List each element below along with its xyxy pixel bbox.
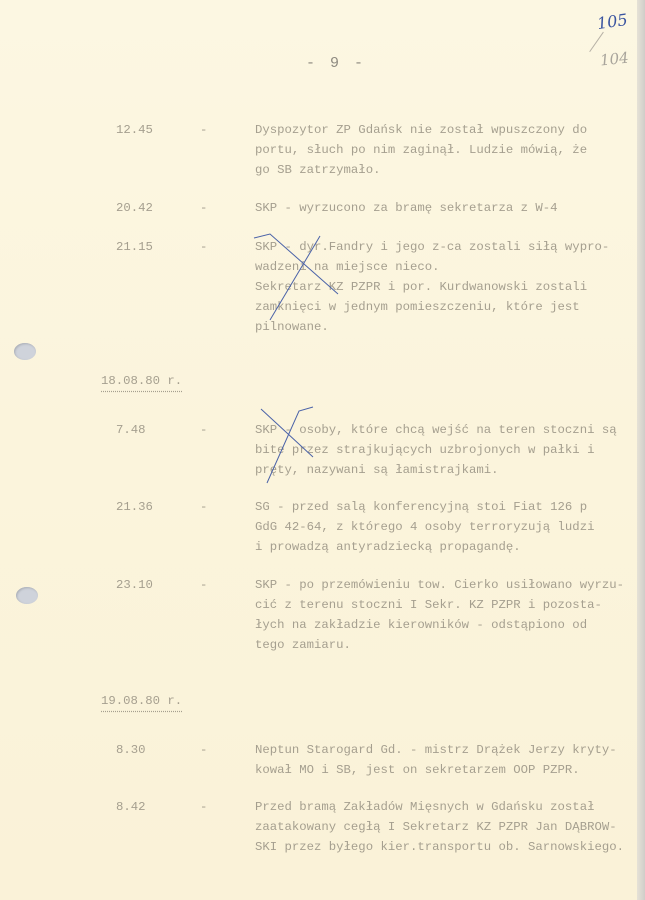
entry-dash: -	[200, 237, 207, 257]
entry-dash: -	[200, 797, 207, 817]
page-number: - 9 -	[306, 55, 366, 72]
entry-text: SG - przed salą konferencyjną stoi Fiat …	[255, 497, 635, 557]
entry-dash: -	[200, 497, 207, 517]
punch-hole	[14, 343, 36, 360]
entry-dash: -	[200, 420, 207, 440]
entry-text: SKP - po przemówieniu tow. Cierko usiłow…	[255, 575, 635, 655]
entry-time: 20.42	[116, 198, 176, 218]
entry-dash: -	[200, 198, 207, 218]
entry-time: 7.48	[116, 420, 176, 440]
punch-hole	[16, 587, 38, 604]
document-page: - 9 - 105 104 12.45 - Dyspozytor ZP Gdań…	[0, 0, 637, 900]
entry-time: 23.10	[116, 575, 176, 595]
entry-text: SKP - dyr.Fandry i jego z-ca zostali sił…	[255, 237, 635, 337]
entry-text: SKP - wyrzucono za bramę sekretarza z W-…	[255, 198, 635, 218]
entry-dash: -	[200, 575, 207, 595]
entry-text: Neptun Starogard Gd. - mistrz Drążek Jer…	[255, 740, 635, 780]
entry-text: SKP - osoby, które chcą wejść na teren s…	[255, 420, 635, 480]
entry-time: 21.15	[116, 237, 176, 257]
folio-strike-mark	[589, 32, 604, 52]
entry-dash: -	[200, 120, 207, 140]
entry-text: Dyspozytor ZP Gdańsk nie został wpuszczo…	[255, 120, 635, 180]
entry-time: 8.42	[116, 797, 176, 817]
entry-time: 21.36	[116, 497, 176, 517]
page-edge	[637, 0, 645, 900]
entry-time: 12.45	[116, 120, 176, 140]
section-date: 18.08.80 r.	[101, 374, 182, 388]
entry-dash: -	[200, 740, 207, 760]
handwritten-folio: 105	[596, 10, 629, 33]
section-date: 19.08.80 r.	[101, 694, 182, 708]
entry-time: 8.30	[116, 740, 176, 760]
handwritten-folio-old: 104	[599, 49, 629, 70]
entry-text: Przed bramą Zakładów Mięsnych w Gdańsku …	[255, 797, 635, 857]
